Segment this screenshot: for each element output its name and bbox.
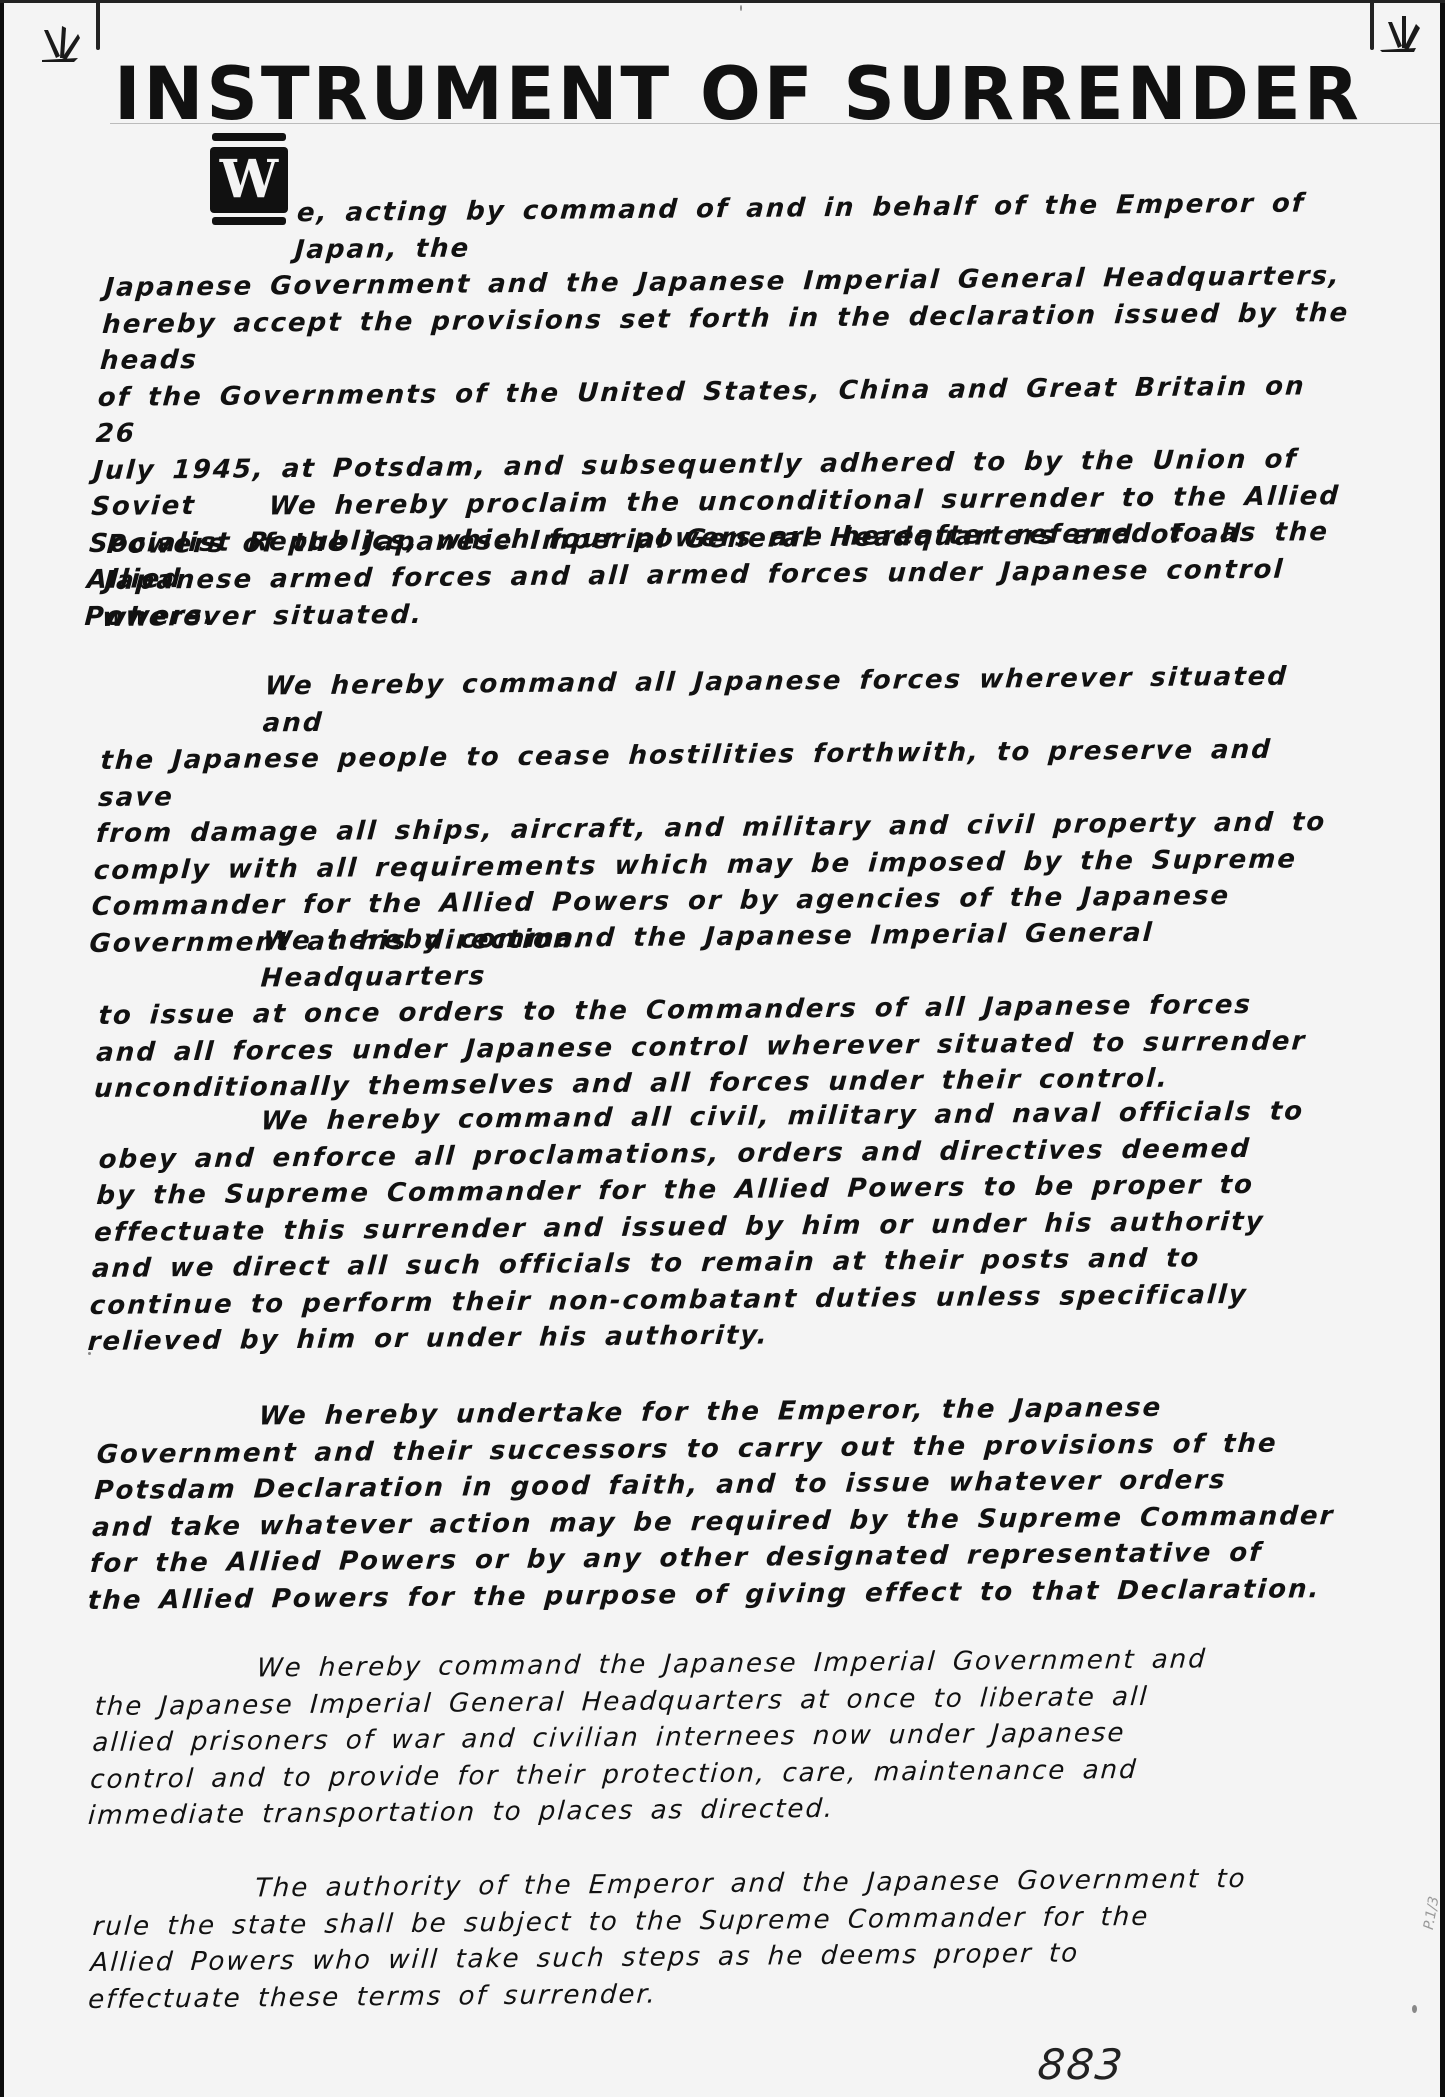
registration-tick-left	[96, 0, 100, 50]
film-speck	[1412, 2005, 1417, 2013]
film-speck	[1100, 450, 1103, 453]
paragraph-liberate-prisoners: We hereby command the Japanese Imperial …	[87, 1640, 1349, 1834]
paragraph-line: e, acting by command of and in behalf of…	[106, 185, 1361, 270]
film-edge-top	[0, 0, 1445, 3]
paragraph-line: We hereby command all Japanese forces wh…	[102, 658, 1357, 743]
drop-cap-top-bar	[212, 133, 286, 141]
paragraph-unconditional-surrender: We hereby proclaim the unconditional sur…	[101, 478, 1361, 636]
corner-crop-mark-left-icon	[38, 22, 84, 62]
paragraph-authority: The authority of the Emperor and the Jap…	[87, 1860, 1347, 2018]
film-speck	[88, 1352, 91, 1355]
registration-tick-right	[1370, 0, 1374, 50]
paragraph-potsdam-undertaking: We hereby undertake for the Emperor, the…	[87, 1388, 1351, 1619]
film-edge-left	[0, 0, 4, 2097]
handwritten-page-number: 883	[1035, 2040, 1126, 2089]
paragraph-line: hereby accept the provisions set forth i…	[99, 294, 1354, 379]
paragraph-officials: We hereby command all civil, military an…	[87, 1093, 1353, 1360]
paragraph-line: of the Governments of the United States,…	[95, 367, 1350, 452]
film-speck	[740, 5, 742, 11]
corner-crop-mark-right-icon	[1376, 14, 1422, 54]
paragraph-line: the Japanese people to cease hostilities…	[97, 731, 1352, 816]
paragraph-issue-orders: We hereby command the Japanese Imperial …	[93, 913, 1355, 1107]
title-rule	[110, 123, 1440, 124]
paragraph-line: We hereby command the Japanese Imperial …	[100, 913, 1355, 998]
film-edge-right	[1440, 0, 1445, 2097]
